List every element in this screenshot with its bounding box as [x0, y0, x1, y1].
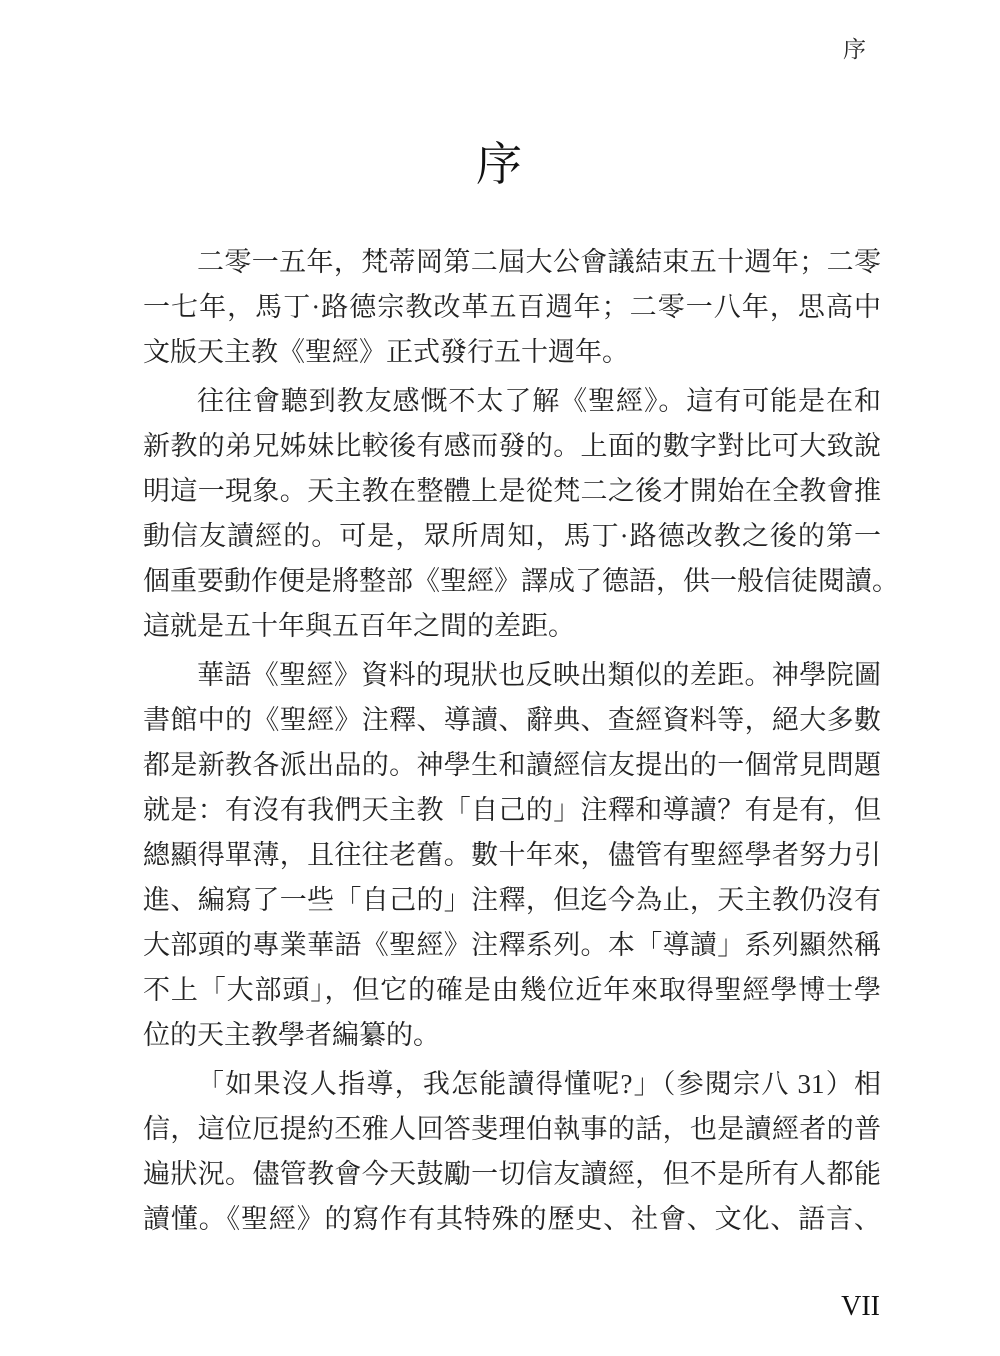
text-line: 信，這位厄提約丕雅人回答斐理伯執事的話，也是讀經者的普: [143, 1107, 881, 1152]
text-line: 二零一五年，梵蒂岡第二屆大公會議結束五十週年；二零: [143, 240, 881, 285]
text-line: 文版天主教《聖經》正式發行五十週年。: [143, 330, 881, 375]
text-line: 一七年，馬丁·路德宗教改革五百週年；二零一八年，思高中: [143, 285, 881, 330]
text-line: 讀懂。《聖經》的寫作有其特殊的歷史、社會、文化、語言、: [143, 1197, 881, 1242]
text-line: 華語《聖經》資料的現狀也反映出類似的差距。神學院圖: [143, 653, 881, 698]
text-line: 「如果沒人指導，我怎能讀得懂呢?」（参閱宗八 31）相: [143, 1062, 881, 1107]
text-line: 新教的弟兄姊妹比較後有感而發的。上面的數字對比可大致說: [143, 424, 881, 469]
text-line: 就是：有沒有我們天主教「自己的」注釋和導讀？有是有，但: [143, 788, 881, 833]
text-line: 位的天主教學者編纂的。: [143, 1013, 881, 1058]
document-page: 序 序 二零一五年，梵蒂岡第二屆大公會議結束五十週年；二零一七年，馬丁·路德宗教…: [0, 0, 1000, 1356]
paragraph: 二零一五年，梵蒂岡第二屆大公會議結束五十週年；二零一七年，馬丁·路德宗教改革五百…: [143, 240, 881, 375]
text-line: 都是新教各派出品的。神學生和讀經信友提出的一個常見問題: [143, 743, 881, 788]
running-header: 序: [843, 38, 866, 61]
page-number: VII: [841, 1292, 880, 1322]
text-line: 個重要動作便是將整部《聖經》譯成了德語，供一般信徒閱讀。: [143, 559, 881, 604]
text-line: 書館中的《聖經》注釋、導讀、辭典、查經資料等，絕大多數: [143, 698, 881, 743]
body-text: 二零一五年，梵蒂岡第二屆大公會議結束五十週年；二零一七年，馬丁·路德宗教改革五百…: [143, 240, 881, 1242]
text-line: 動信友讀經的。可是，眾所周知，馬丁·路德改教之後的第一: [143, 514, 881, 559]
paragraph: 「如果沒人指導，我怎能讀得懂呢?」（参閱宗八 31）相信，這位厄提約丕雅人回答斐…: [143, 1062, 881, 1242]
text-line: 往往會聽到教友感慨不太了解《聖經》。這有可能是在和: [143, 379, 881, 424]
paragraph: 往往會聽到教友感慨不太了解《聖經》。這有可能是在和新教的弟兄姊妹比較後有感而發的…: [143, 379, 881, 649]
text-line: 遍狀況。儘管教會今天鼓勵一切信友讀經，但不是所有人都能: [143, 1152, 881, 1197]
text-line: 不上「大部頭」，但它的確是由幾位近年來取得聖經學博士學: [143, 968, 881, 1013]
text-line: 明這一現象。天主教在整體上是從梵二之後才開始在全教會推: [143, 469, 881, 514]
paragraph: 華語《聖經》資料的現狀也反映出類似的差距。神學院圖書館中的《聖經》注釋、導讀、辭…: [143, 653, 881, 1058]
text-line: 大部頭的專業華語《聖經》注釋系列。本「導讀」系列顯然稱: [143, 923, 881, 968]
page-title: 序: [0, 0, 1000, 190]
text-line: 總顯得單薄，且往往老舊。數十年來，儘管有聖經學者努力引: [143, 833, 881, 878]
text-line: 這就是五十年與五百年之間的差距。: [143, 604, 881, 649]
text-line: 進、編寫了一些「自己的」注釋，但迄今為止，天主教仍沒有: [143, 878, 881, 923]
